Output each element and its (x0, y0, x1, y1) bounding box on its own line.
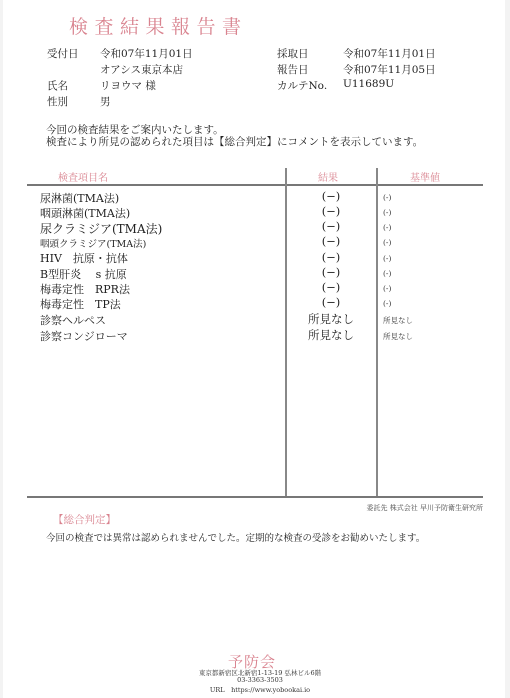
test-result: (−) (286, 189, 376, 203)
footer-url[interactable]: URL https://www.yobookai.io (150, 685, 370, 694)
test-result: (−) (286, 219, 376, 233)
label-chart-no: カルテNo. (277, 78, 327, 93)
label-name: 氏名 (47, 78, 68, 93)
report-page: 検査結果報告書 受付日 令和07年11月01日 オアシス東京本店 氏名 リヨウマ… (3, 0, 505, 698)
test-name: B型肝炎 s 抗原 (40, 266, 127, 282)
test-name: 診察コンジローマ (40, 328, 128, 344)
header-result: 結果 (318, 169, 338, 184)
value-chart-no: U11689U (343, 78, 394, 90)
test-reference: 所見なし (383, 331, 413, 342)
delegate-lab: 委託先 株式会社 早川予防衛生研究所 (367, 503, 483, 513)
table-divider-2 (376, 168, 378, 498)
test-result: (−) (286, 204, 376, 218)
test-result: (−) (286, 280, 376, 294)
value-name: リヨウマ 様 (100, 78, 156, 93)
test-name: 梅毒定性 RPR法 (40, 281, 130, 297)
test-name: 咽頭淋菌(TMA法) (40, 205, 130, 221)
test-reference: (-) (383, 299, 391, 308)
table-header-rule (27, 184, 483, 186)
test-name: 梅毒定性 TP法 (40, 296, 121, 312)
page-title: 検査結果報告書 (69, 12, 248, 39)
value-reception-date: 令和07年11月01日 (100, 46, 193, 61)
test-name: 尿クラミジア(TMA法) (40, 220, 162, 237)
summary-label: 【総合判定】 (53, 512, 116, 527)
test-reference: (-) (383, 269, 391, 278)
test-reference: 所見なし (383, 315, 413, 326)
header-test-name: 検査項目名 (58, 169, 108, 184)
intro-line-2: 検査により所見の認められた項目は【総合判定】にコメントを表示しています。 (46, 136, 423, 148)
value-clinic-name: オアシス東京本店 (100, 62, 183, 77)
test-reference: (-) (383, 284, 391, 293)
test-result: (−) (286, 234, 376, 248)
test-name: HIV 抗原・抗体 (40, 250, 128, 266)
value-report-date: 令和07年11月05日 (343, 62, 436, 77)
label-collection-date: 採取日 (277, 46, 309, 61)
test-result: 所見なし (286, 327, 376, 343)
test-reference: (-) (383, 208, 391, 217)
label-report-date: 報告日 (277, 62, 309, 77)
test-name: 診察ヘルペス (40, 312, 106, 328)
test-result: 所見なし (286, 311, 376, 327)
summary-text: 今回の検査では異常は認められませんでした。定期的な検査の受診をお勧めいたします。 (46, 530, 425, 544)
label-sex: 性別 (47, 94, 68, 109)
test-result: (−) (286, 250, 376, 264)
value-sex: 男 (100, 94, 111, 109)
test-name: 咽頭クラミジア(TMA法) (40, 236, 146, 250)
header-reference: 基準値 (410, 169, 440, 184)
test-name: 尿淋菌(TMA法) (40, 190, 119, 206)
footer-phone: 03-3363-3503 (150, 676, 370, 684)
table-bottom-rule (27, 496, 483, 498)
value-collection-date: 令和07年11月01日 (343, 46, 436, 61)
test-reference: (-) (383, 254, 391, 263)
label-reception-date: 受付日 (47, 46, 79, 61)
intro-line-1: 今回の検査結果をご案内いたします。 (46, 124, 224, 136)
test-reference: (-) (383, 223, 391, 232)
test-reference: (-) (383, 238, 391, 247)
test-reference: (-) (383, 193, 391, 202)
test-result: (−) (286, 265, 376, 279)
test-result: (−) (286, 295, 376, 309)
